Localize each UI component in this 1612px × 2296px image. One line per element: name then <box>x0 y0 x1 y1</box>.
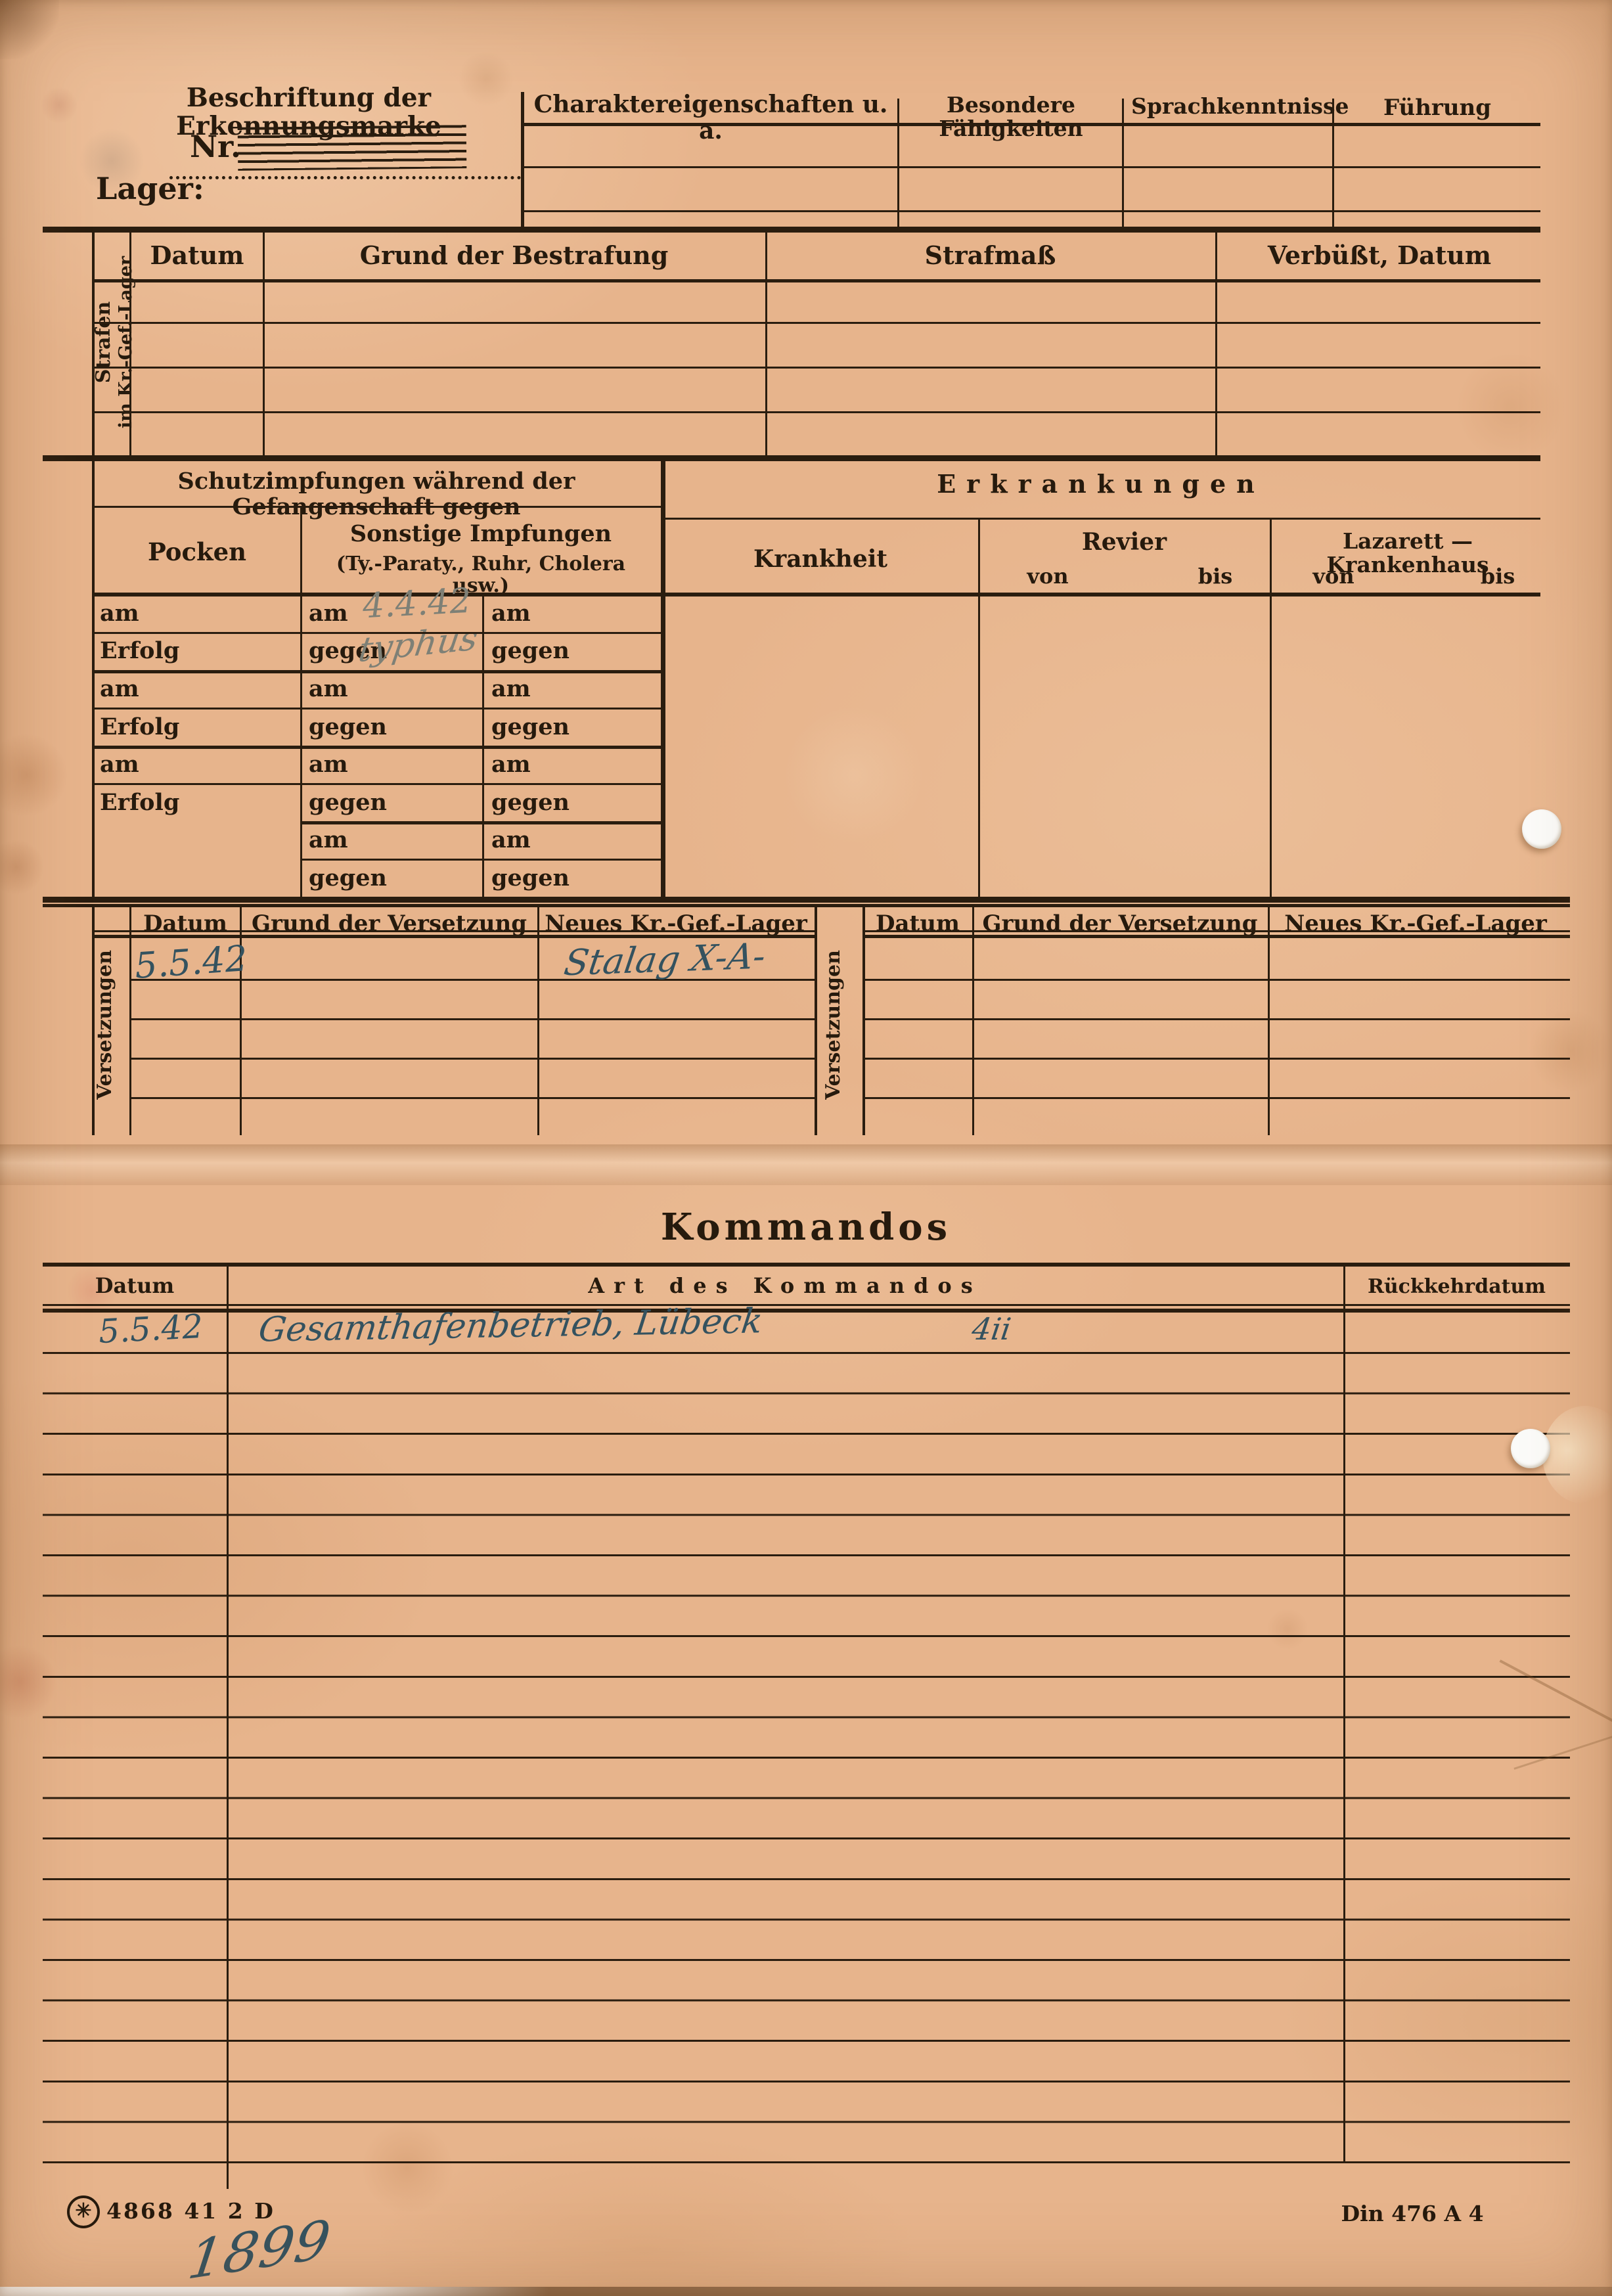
strafen-col-grund: Grund der Bestrafung <box>269 242 759 269</box>
divider <box>663 518 1540 520</box>
divider <box>92 930 815 932</box>
lazarett-von-label: von <box>1291 565 1376 588</box>
divider <box>92 411 1540 413</box>
am-label: am <box>491 677 570 702</box>
divider <box>227 1263 229 2189</box>
strafen-side-line2: im Kr.-Gef.-Lager <box>116 234 136 451</box>
vaccination-against-handwriting: typhus <box>356 621 480 667</box>
divider <box>92 905 95 1135</box>
divider <box>300 821 661 824</box>
section-divider <box>43 227 1540 233</box>
nr-label: Nr. <box>189 130 242 164</box>
kommandos-col-datum: Datum <box>49 1274 220 1297</box>
am-label: am <box>309 752 388 778</box>
divider <box>92 367 1540 369</box>
kommandos-title: Kommandos <box>609 1207 1003 1248</box>
col-charakter: Charaktereigenschaften u. a. <box>533 92 888 144</box>
divider <box>862 1058 1570 1060</box>
divider <box>129 1018 815 1020</box>
kommando-date-handwriting: 5.5.42 <box>98 1310 204 1348</box>
divider <box>862 930 1570 932</box>
erfolg-label: Erfolg <box>100 715 205 740</box>
divider <box>862 979 1570 981</box>
kommandos-ruled-lines <box>43 1352 1570 2163</box>
divider <box>1215 227 1217 457</box>
section-divider <box>43 897 1570 903</box>
divider <box>521 92 524 227</box>
punch-hole <box>1522 809 1561 849</box>
am-label: am <box>100 677 179 702</box>
sonstige-label-1: Sonstige Impfungen <box>307 522 655 547</box>
printer-mark-icon <box>67 2195 100 2228</box>
divider <box>92 670 661 673</box>
revier-bis-label: bis <box>1179 565 1251 588</box>
gegen-label: gegen <box>309 866 414 891</box>
impfungen-title: Schutzimpfungen während der Gefangenscha… <box>99 469 654 520</box>
divider <box>978 518 980 897</box>
strafen-side-line1: Strafen <box>93 234 116 451</box>
section-divider <box>43 904 1570 907</box>
erfolg-label: Erfolg <box>100 639 205 664</box>
divider <box>92 322 1540 324</box>
am-label: am <box>309 828 388 853</box>
strafen-side-label: Strafen im Kr.-Gef.-Lager <box>93 234 131 451</box>
pow-record-card: Beschriftung der Erkennungsmarke Nr. Lag… <box>0 0 1612 2296</box>
divider <box>1270 518 1272 897</box>
gegen-label: gegen <box>491 639 596 664</box>
erkrankungen-title: Erkrankungen <box>667 470 1534 498</box>
divider <box>300 506 302 897</box>
divider <box>92 506 661 508</box>
din-code: Din 476 A 4 <box>1327 2202 1498 2226</box>
divider <box>129 1097 815 1099</box>
divider <box>862 935 1570 938</box>
divider <box>1343 1263 1345 2161</box>
col-fuehrung: Führung <box>1339 96 1536 120</box>
divider <box>862 1097 1570 1099</box>
kommando-number-handwriting: 4ii <box>970 1314 1013 1344</box>
lager-dotted-line <box>169 176 521 179</box>
divider <box>1122 99 1124 227</box>
am-label: am <box>491 752 570 778</box>
divider <box>129 1058 815 1060</box>
divider <box>862 1018 1570 1020</box>
divider <box>765 227 767 457</box>
am-label: am <box>100 601 179 627</box>
transfer-date-handwriting: 5.5.42 <box>133 941 248 984</box>
revier-label: Revier <box>985 529 1264 556</box>
am-label: am <box>100 752 179 778</box>
divider <box>92 279 1540 282</box>
versetzungen-col-datum: Datum <box>869 912 966 936</box>
print-code: 4868 41 2 D <box>106 2199 382 2223</box>
divider <box>522 123 1540 126</box>
krankheit-label: Krankheit <box>667 547 974 573</box>
versetzungen-col-grund: Grund der Versetzung <box>246 912 532 936</box>
divider <box>43 1304 1570 1306</box>
divider <box>92 632 661 634</box>
col-sprachkenntnisse: Sprachkenntnisse <box>1131 95 1327 118</box>
col-faehigkeiten: Besondere Fähigkeiten <box>905 93 1117 141</box>
handwritten-number: 1899 <box>185 2213 333 2288</box>
divider <box>129 227 131 457</box>
paper-fold <box>0 1144 1612 1185</box>
corner-shadow <box>0 0 59 59</box>
revier-von-label: von <box>1005 565 1090 588</box>
kommandos-col-art: Art des Kommandos <box>233 1274 1337 1297</box>
versetzungen-side-label-right: Versetzungen <box>822 926 855 1123</box>
divider <box>1332 99 1334 227</box>
divider <box>263 227 265 457</box>
transfer-camp-handwriting: Stalag X-A- <box>562 939 767 981</box>
gegen-label: gegen <box>491 866 596 891</box>
strafen-col-verbuesst: Verbüßt, Datum <box>1222 242 1537 269</box>
divider <box>897 99 899 227</box>
strafen-col-strafmass: Strafmaß <box>772 242 1209 269</box>
divider <box>522 166 1540 168</box>
lazarett-bis-label: bis <box>1462 565 1534 588</box>
kommando-art-handwriting: Gesamthafenbetrieb, Lübeck <box>257 1304 765 1347</box>
divider <box>815 905 817 1135</box>
divider <box>300 859 661 861</box>
punch-hole <box>1511 1429 1550 1468</box>
am-label: am <box>491 601 570 627</box>
divider <box>663 593 1540 597</box>
gegen-label: gegen <box>491 715 596 740</box>
am-label: am <box>491 828 570 853</box>
divider <box>522 210 1540 212</box>
nr-ruled-field <box>238 125 467 171</box>
gegen-label: gegen <box>491 790 596 816</box>
section-divider <box>43 1263 1570 1267</box>
divider <box>92 783 661 785</box>
versetzungen-col-datum: Datum <box>136 912 235 936</box>
kommandos-col-rueckkehr: Rückkehrdatum <box>1350 1276 1563 1297</box>
divider <box>92 227 95 457</box>
versetzungen-col-grund: Grund der Versetzung <box>979 912 1261 936</box>
divider <box>92 708 661 709</box>
gegen-label: gegen <box>309 715 414 740</box>
am-label: am <box>309 677 388 702</box>
scan-edge <box>0 2287 1612 2296</box>
versetzungen-col-neues: Neues Kr.-Gef.-Lager <box>544 912 808 936</box>
strafen-col-datum: Datum <box>135 242 259 269</box>
gegen-label: gegen <box>309 790 414 816</box>
divider <box>92 455 95 897</box>
erfolg-label: Erfolg <box>100 790 205 816</box>
sonstige-label-2: (Ty.-Paraty., Ruhr, Cholera usw.) <box>307 553 655 597</box>
divider <box>661 455 665 897</box>
divider <box>92 746 661 749</box>
divider <box>482 593 484 897</box>
section-divider <box>43 455 1540 461</box>
pocken-label: Pocken <box>99 539 296 566</box>
versetzungen-side-label-left: Versetzungen <box>94 926 127 1123</box>
versetzungen-col-neues: Neues Kr.-Gef.-Lager <box>1274 912 1557 936</box>
vaccination-date-handwriting: 4.4.42 <box>362 584 472 624</box>
